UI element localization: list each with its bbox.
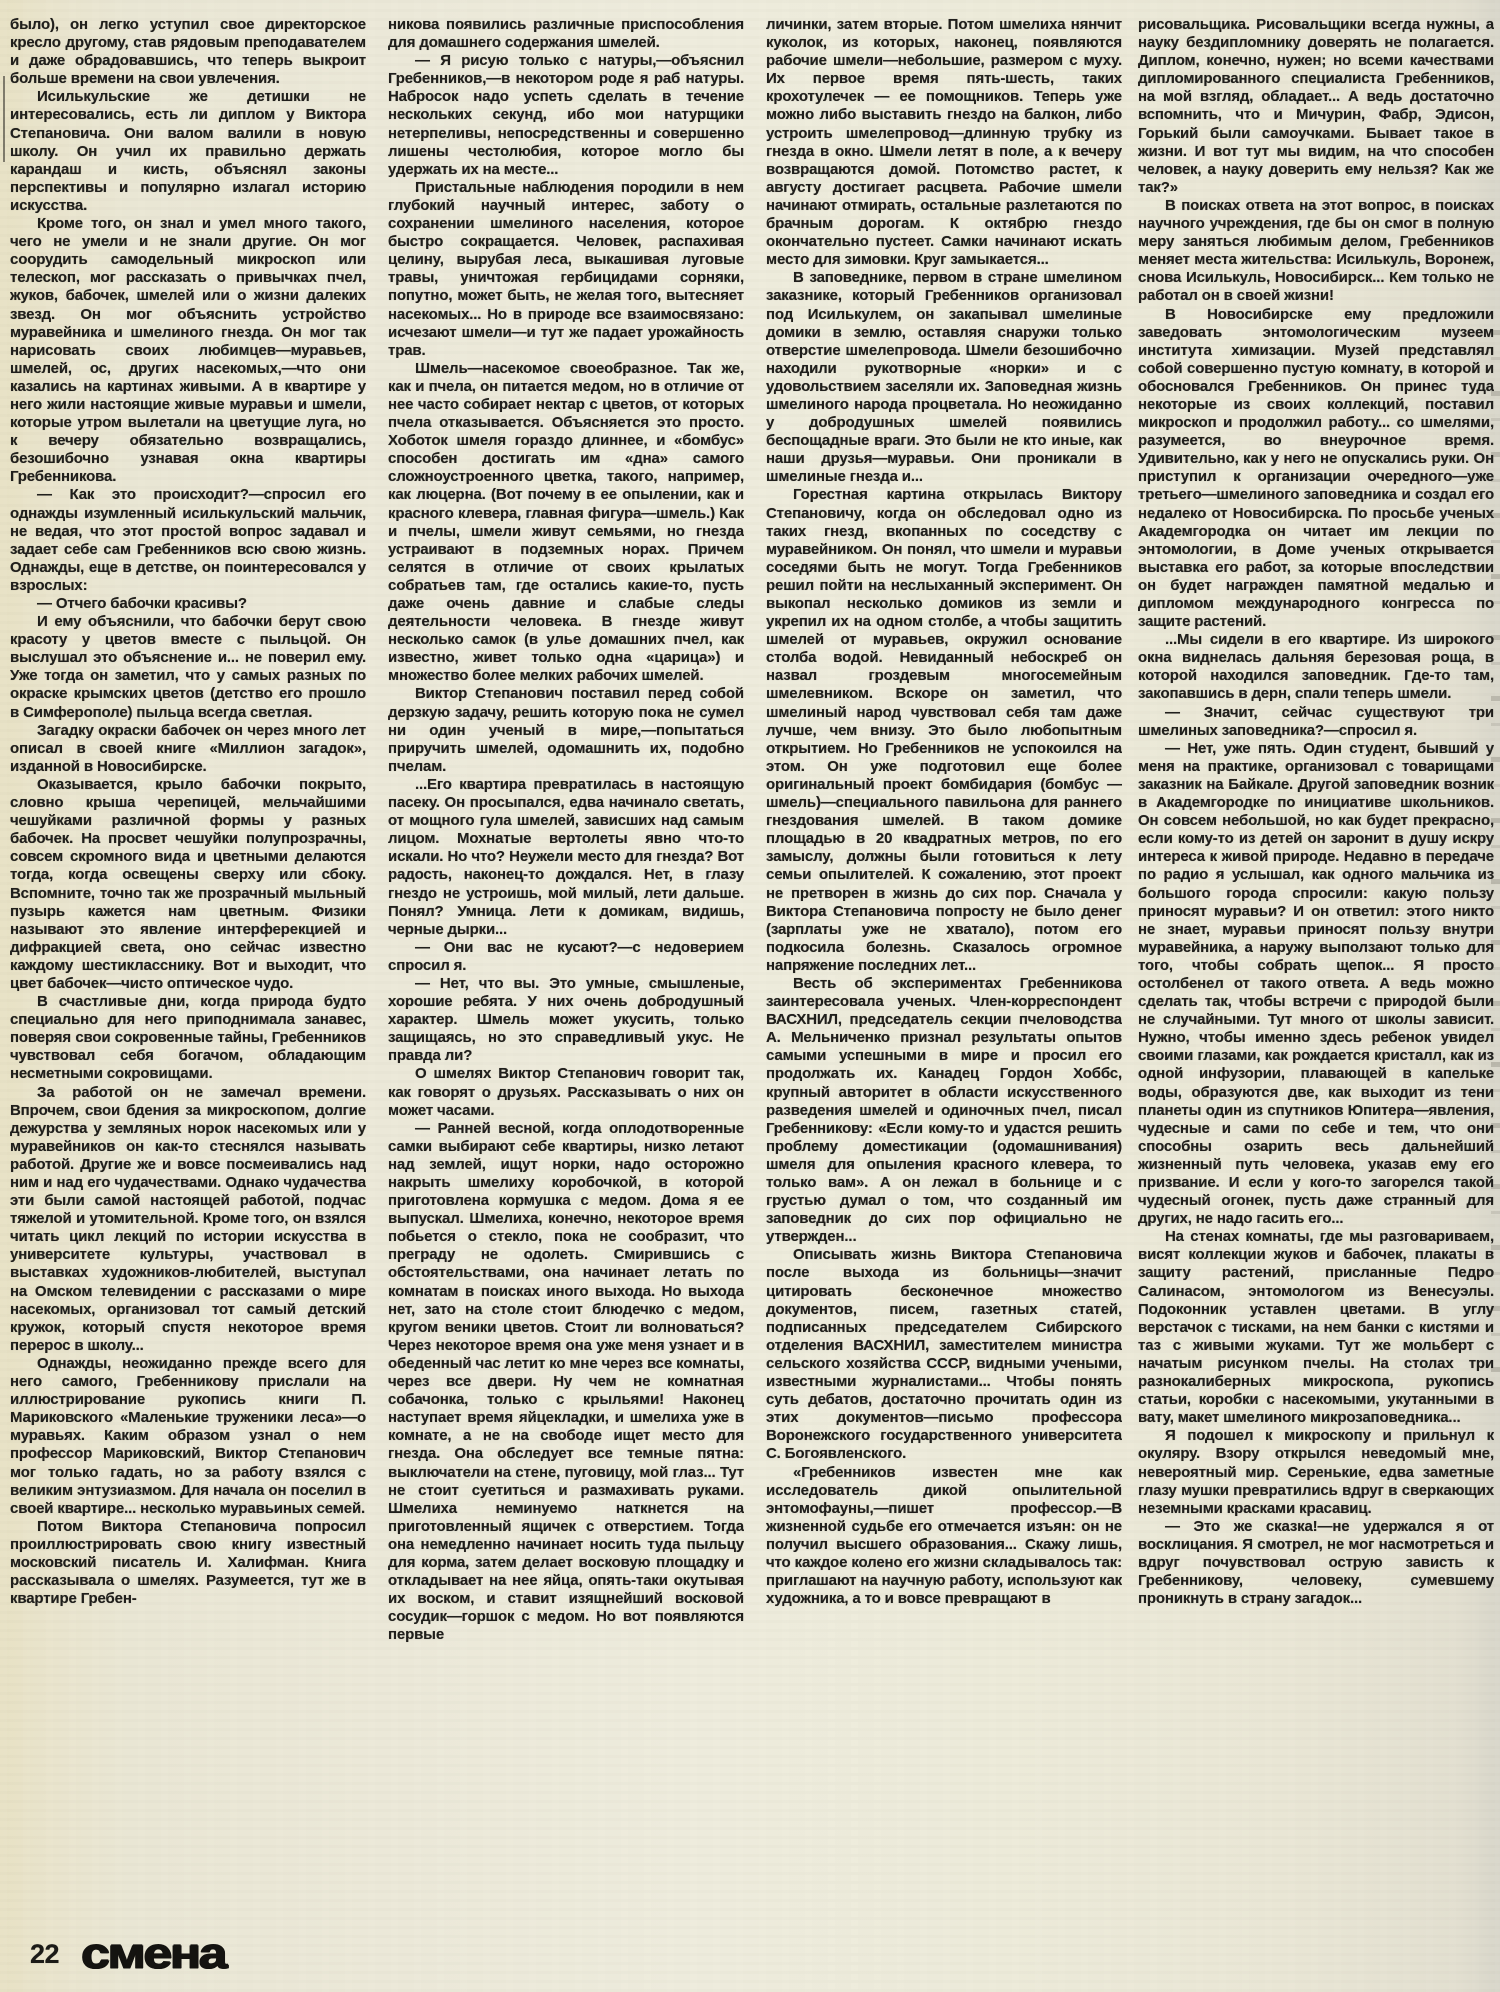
paragraph: — Отчего бабочки красивы? (10, 595, 366, 613)
paragraph: Потом Виктора Степановича попросил проил… (10, 1518, 366, 1608)
paragraph: ...Его квартира превратилась в настоящую… (388, 776, 744, 939)
paragraph: личинки, затем вторые. Потом шмелиха нян… (766, 16, 1122, 269)
scan-artifact-left-mark (3, 76, 5, 162)
paragraph: — Это же сказка!—не удержался я от воскл… (1138, 1518, 1494, 1608)
paragraph: Пристальные наблюдения породили в нем гл… (388, 179, 744, 360)
paragraph: В Новосибирске ему предложили заведовать… (1138, 306, 1494, 632)
paragraph: — Как это происходит?—спросил его однажд… (10, 486, 366, 595)
paragraph: «Гребенников известен мне как исследоват… (766, 1464, 1122, 1609)
paragraph: В заповеднике, первом в стране шмелином … (766, 269, 1122, 486)
paragraph: Оказывается, крыло бабочки покрыто, слов… (10, 776, 366, 993)
paragraph: ...Мы сидели в его квартире. Из широкого… (1138, 631, 1494, 703)
paragraph: Виктор Степанович поставил перед собой д… (388, 685, 744, 775)
paragraph: Весть об экспериментах Гребенникова заин… (766, 975, 1122, 1246)
paragraph: И ему объяснили, что бабочки берут свою … (10, 613, 366, 722)
page-footer: 22 смена (30, 1924, 225, 1984)
paragraph: В счастливые дни, когда природа будто сп… (10, 993, 366, 1083)
paragraph: Загадку окраски бабочек он через много л… (10, 722, 366, 776)
paragraph: На стенах комнаты, где мы разговариваем,… (1138, 1228, 1494, 1427)
article-column-1: было), он легко уступил свое директорско… (10, 16, 366, 1928)
article-column-4: рисовальщика. Рисовальщики всегда нужны,… (1138, 16, 1494, 1928)
magazine-page: { "page": { "publication": "смена", "pag… (0, 0, 1500, 1992)
paragraph: — Нет, что вы. Это умные, смышленые, хор… (388, 975, 744, 1065)
paragraph: Шмель—насекомое своеобразное. Так же, ка… (388, 360, 744, 686)
paragraph: — Они вас не кусают?—с недоверием спроси… (388, 939, 744, 975)
paragraph: Я подошел к микроскопу и прильнул к окул… (1138, 1427, 1494, 1517)
paragraph: За работой он не замечал времени. Впроче… (10, 1084, 366, 1355)
magazine-logo: смена (81, 1929, 225, 1978)
paragraph: Исилькульские же детишки не интересовали… (10, 88, 366, 215)
paragraph: — Значит, сейчас существуют три шмелиных… (1138, 704, 1494, 740)
paragraph: никова появились различные приспособлени… (388, 16, 744, 52)
paragraph: Однажды, неожиданно прежде всего для нег… (10, 1355, 366, 1518)
paragraph: Кроме того, он знал и умел много такого,… (10, 215, 366, 486)
article-column-3: личинки, затем вторые. Потом шмелиха нян… (766, 16, 1122, 1928)
paragraph: — Я рисую только с натуры,—объяснил Греб… (388, 52, 744, 179)
paragraph: рисовальщика. Рисовальщики всегда нужны,… (1138, 16, 1494, 197)
paragraph: Описывать жизнь Виктора Степановича посл… (766, 1246, 1122, 1463)
paragraph: В поисках ответа на этот вопрос, в поиск… (1138, 197, 1494, 306)
paragraph: было), он легко уступил свое директорско… (10, 16, 366, 88)
paragraph: — Ранней весной, когда оплодотворенные с… (388, 1120, 744, 1645)
paragraph: — Нет, уже пять. Один студент, бывший у … (1138, 740, 1494, 1229)
article-column-2: никова появились различные приспособлени… (388, 16, 744, 1928)
paragraph: Горестная картина открылась Виктору Степ… (766, 486, 1122, 975)
paragraph: О шмелях Виктор Степанович говорит так, … (388, 1065, 744, 1119)
page-number: 22 (30, 1939, 59, 1970)
